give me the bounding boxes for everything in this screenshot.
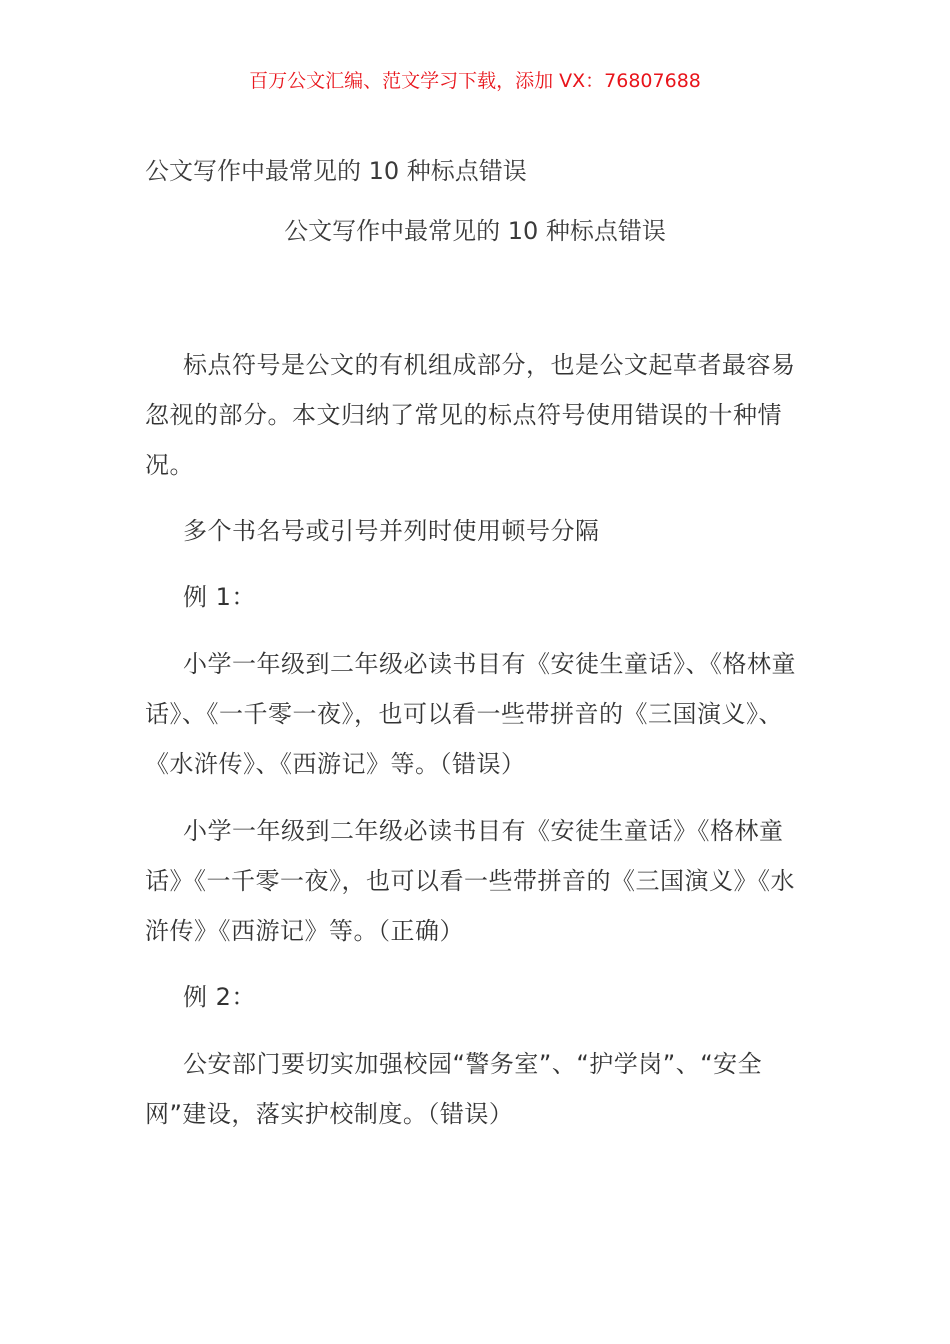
example-2-wrong: 公安部门要切实加强校园“警务室”、“护学岗”、“安全网”建设，落实护校制度。（错… — [145, 1039, 805, 1139]
intro-paragraph: 标点符号是公文的有机组成部分，也是公文起草者最容易忽视的部分。本文归纳了常见的标… — [145, 340, 805, 490]
paragraph-text: 小学一年级到二年级必读书目有《安徒生童话》、《格林童话》、《一千零一夜》，也可以… — [145, 639, 805, 789]
example-label-2: 例 2： — [145, 972, 805, 1022]
paragraph-text: 例 2： — [145, 972, 805, 1022]
paragraph-text: 小学一年级到二年级必读书目有《安徒生童话》《格林童话》《一千零一夜》，也可以看一… — [145, 806, 805, 956]
document-title: 公文写作中最常见的 10 种标点错误 — [145, 154, 527, 188]
example-1-correct: 小学一年级到二年级必读书目有《安徒生童话》《格林童话》《一千零一夜》，也可以看一… — [145, 806, 805, 956]
document-heading: 公文写作中最常见的 10 种标点错误 — [0, 214, 950, 248]
paragraph-text: 公安部门要切实加强校园“警务室”、“护学岗”、“安全网”建设，落实护校制度。（错… — [145, 1039, 805, 1139]
example-label-1: 例 1： — [145, 572, 805, 622]
paragraph-text: 标点符号是公文的有机组成部分，也是公文起草者最容易忽视的部分。本文归纳了常见的标… — [145, 340, 805, 490]
watermark-header: 百万公文汇编、范文学习下载，添加 VX：76807688 — [0, 66, 950, 96]
paragraph-text: 例 1： — [145, 572, 805, 622]
section-heading: 多个书名号或引号并列时使用顿号分隔 — [145, 506, 805, 556]
paragraph-text: 多个书名号或引号并列时使用顿号分隔 — [145, 506, 805, 556]
example-1-wrong: 小学一年级到二年级必读书目有《安徒生童话》、《格林童话》、《一千零一夜》，也可以… — [145, 639, 805, 789]
